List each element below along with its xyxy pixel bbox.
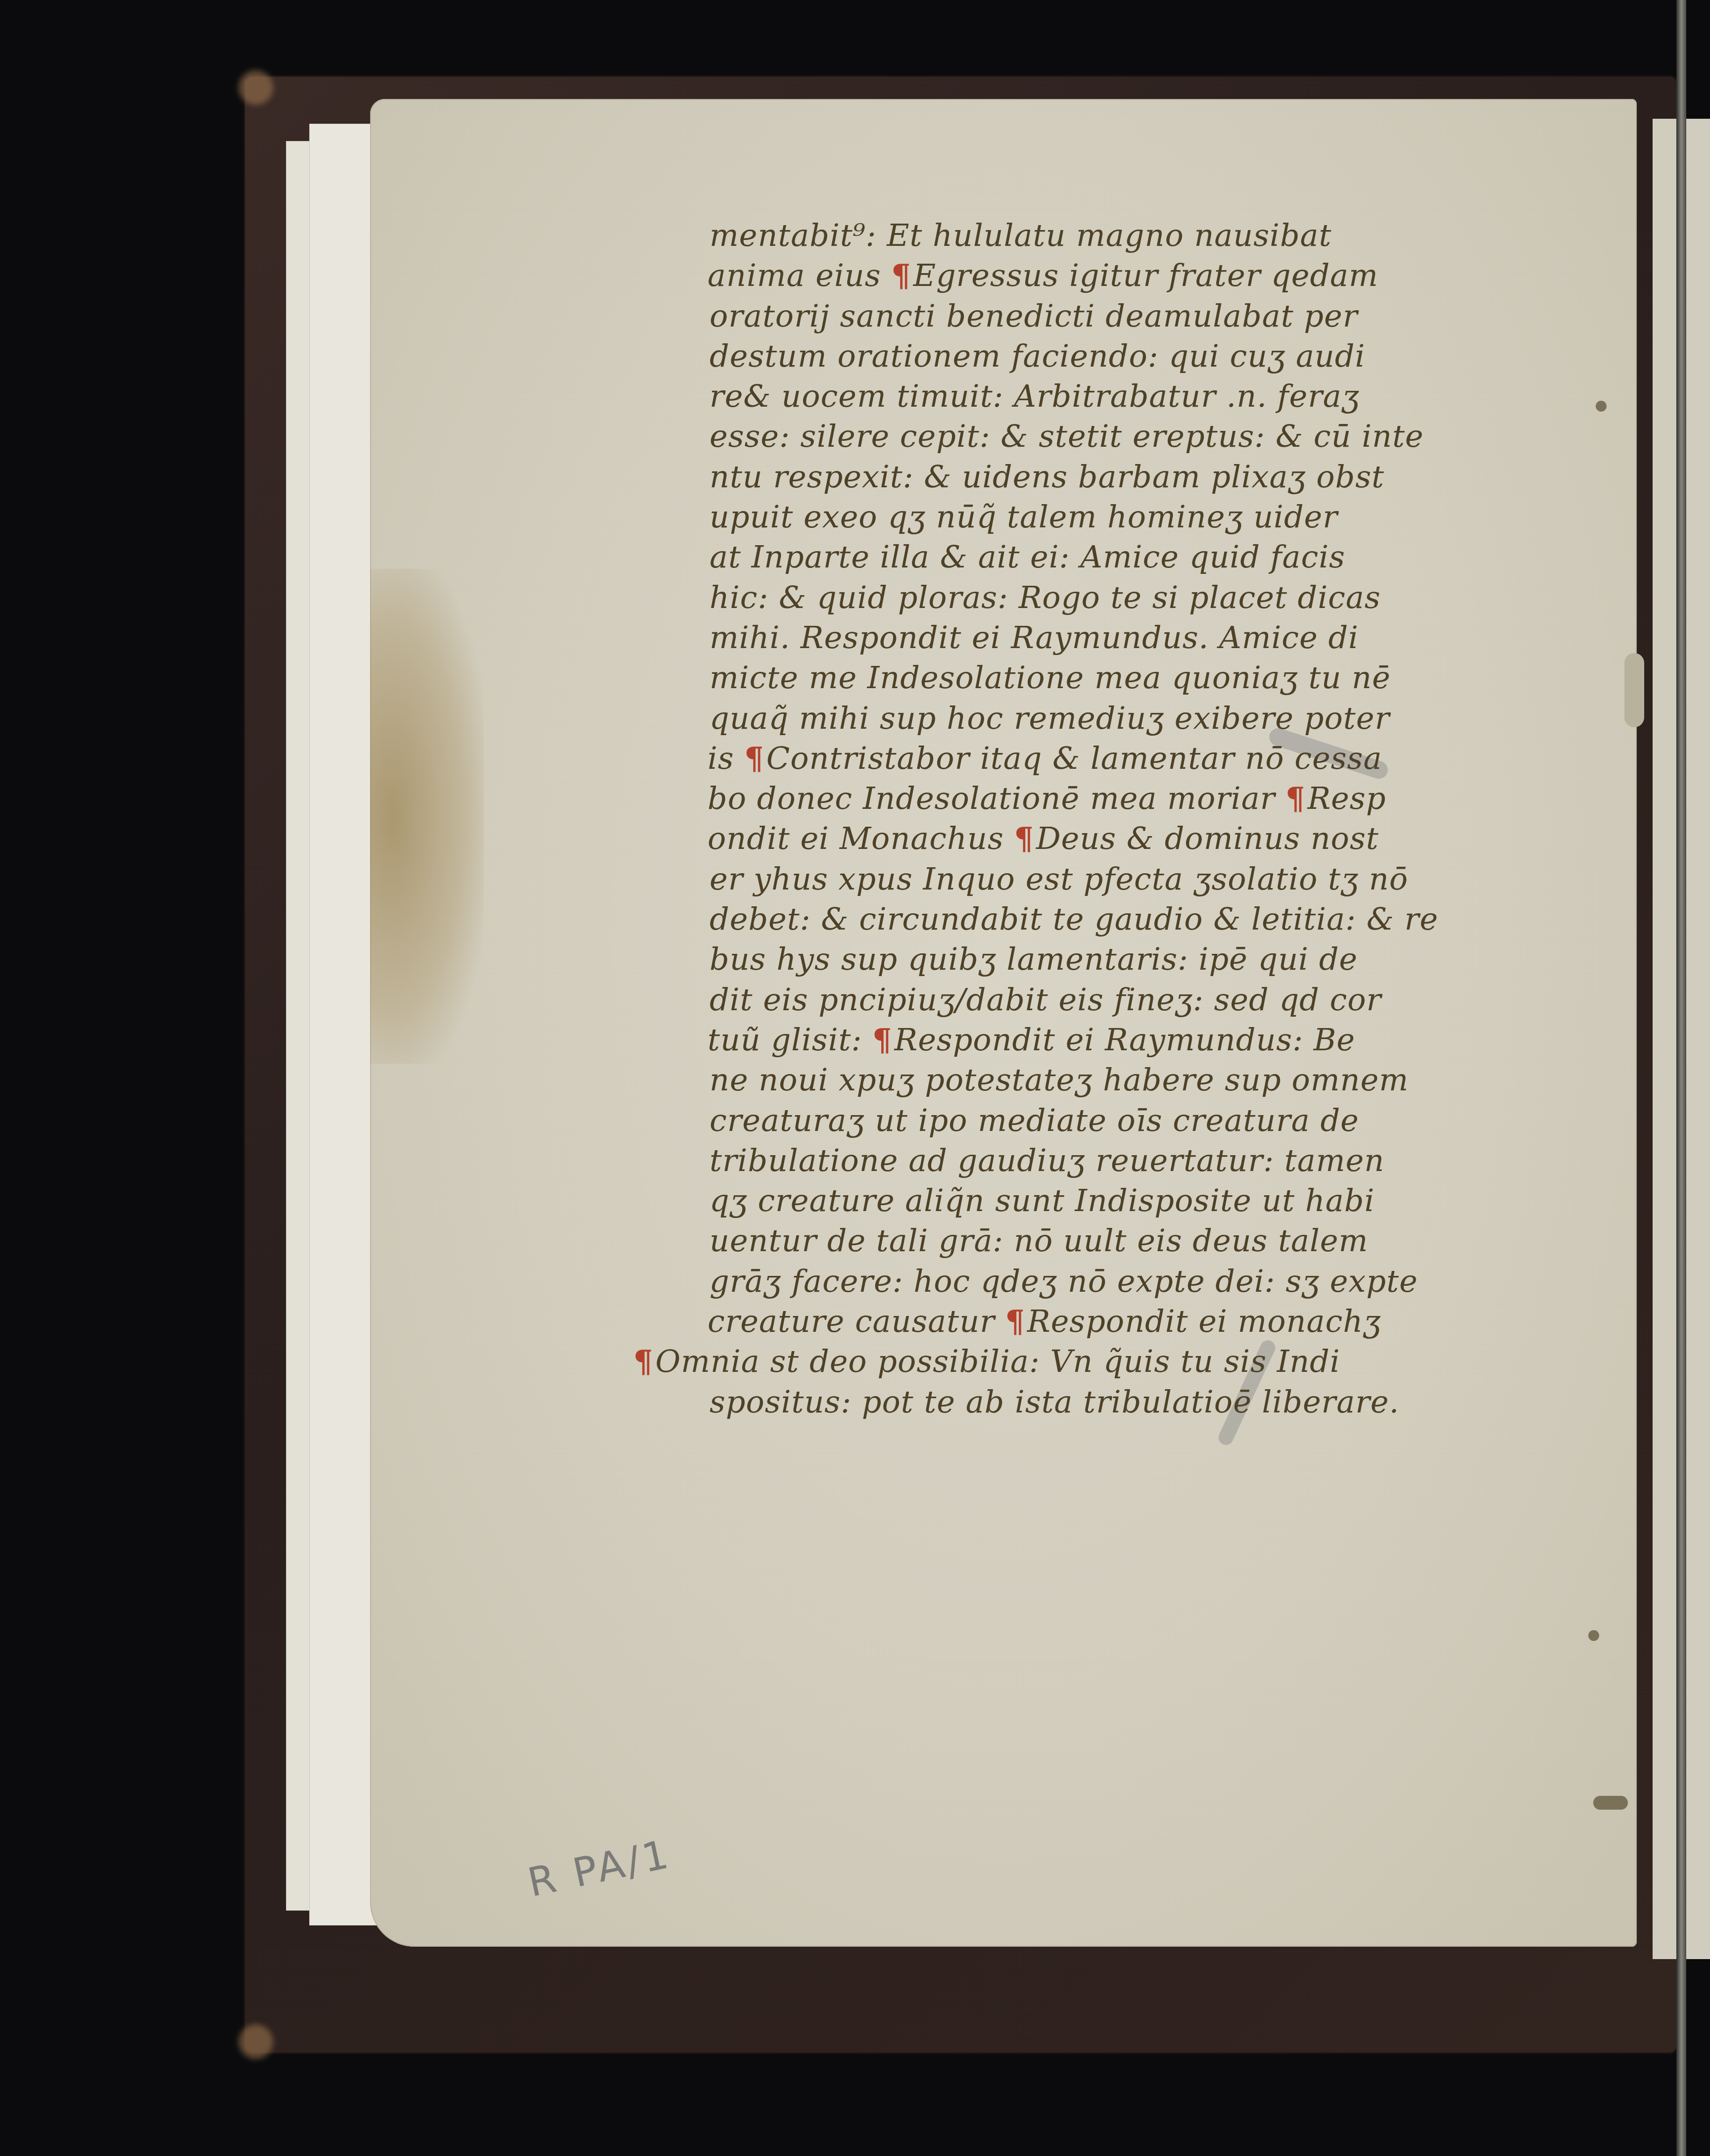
- text-line: debet: & circundabit te gaudio & letitia…: [708, 899, 1529, 939]
- text-line: upuit exeo qʒ nūq̃ talem homineʒ uider: [708, 497, 1529, 537]
- flyleaf: [309, 124, 380, 1925]
- text-line: bus hys sup quibʒ lamentaris: ipē qui de: [708, 939, 1529, 979]
- sewing-hole: [1593, 1796, 1628, 1810]
- paragraph-mark-icon: ¶: [1005, 1303, 1025, 1339]
- paragraph-mark-icon: ¶: [633, 1343, 653, 1379]
- worn-corner: [238, 70, 273, 105]
- text-line: creaturaʒ ut ipo mediate oīs creatura de: [708, 1100, 1529, 1140]
- text-line: uentur de tali grā: nō uult eis deus tal…: [708, 1220, 1529, 1261]
- text-line: qʒ creature aliq̃n sunt Indisposite ut h…: [708, 1180, 1529, 1220]
- worn-corner: [238, 2024, 273, 2059]
- text-line: dit eis pncipiuʒ/dabit eis fineʒ: sed qd…: [708, 980, 1529, 1020]
- text-line: micte me Indesolatione mea quoniaʒ tu nē: [708, 657, 1529, 698]
- text-line: esse: silere cepit: & stetit ereptus: & …: [708, 416, 1529, 456]
- text-line: grāʒ facere: hoc qdeʒ nō expte dei: sʒ e…: [708, 1261, 1529, 1301]
- text-line: tribulatione ad gaudiuʒ reuertatur: tame…: [708, 1140, 1529, 1180]
- wormhole: [1596, 401, 1607, 412]
- text-line: bo donec Indesolationē mea moriar ¶Resp: [708, 778, 1529, 818]
- text-line: hic: & quid ploras: Rogo te si placet di…: [708, 577, 1529, 617]
- paragraph-mark-icon: ¶: [891, 257, 911, 293]
- text-line: tuũ glisit: ¶Respondit ei Raymundus: Be: [708, 1020, 1529, 1060]
- paragraph-mark-icon: ¶: [872, 1022, 892, 1058]
- text-line: is ¶Contristabor itaq & lamentar nō cess…: [708, 738, 1529, 778]
- wormhole: [1588, 1630, 1599, 1641]
- text-line: ondit ei Monachus ¶Deus & dominus nost: [708, 818, 1529, 858]
- text-line: creature causatur ¶Respondit ei monachʒ: [708, 1301, 1529, 1341]
- paragraph-mark-icon: ¶: [744, 740, 764, 776]
- text-line: quaq̃ mihi sup hoc remediuʒ exibere pote…: [708, 698, 1529, 738]
- text-line: spositus: pot te ab ista tribulatioē lib…: [708, 1382, 1529, 1422]
- text-line: ne noui xpuʒ potestateʒ habere sup omnem: [708, 1060, 1529, 1100]
- paragraph-mark-icon: ¶: [1285, 780, 1305, 816]
- text-line: re& uocem timuit: Arbitrabatur .n. feraʒ: [708, 376, 1529, 416]
- text-line: mihi. Respondit ei Raymundus. Amice di: [708, 617, 1529, 657]
- text-line: mentabit⁹: Et hululatu magno nausibat: [708, 215, 1529, 255]
- text-line: at Inparte illa & ait ei: Amice quid fac…: [708, 537, 1529, 577]
- manuscript-text: mentabit⁹: Et hululatu magno nausibat an…: [708, 215, 1529, 1422]
- text-line: destum orationem faciendo: qui cuʒ audi: [708, 336, 1529, 376]
- text-line: ntu respexit: & uidens barbam plixaʒ obs…: [708, 457, 1529, 497]
- sewing-hole: [1624, 653, 1644, 727]
- text-line: ¶Omnia st deo possibilia: Vn q̃uis tu si…: [633, 1341, 1529, 1381]
- text-line: anima eius ¶Egressus igitur frater qedam: [708, 255, 1529, 295]
- glass-plate-edge: [1676, 0, 1686, 2156]
- text-line: er yhus xpus Inquo est pfecta ʒsolatio t…: [708, 859, 1529, 899]
- text-line: oratorij sancti benedicti deamulabat per: [708, 296, 1529, 336]
- paragraph-mark-icon: ¶: [1014, 820, 1034, 856]
